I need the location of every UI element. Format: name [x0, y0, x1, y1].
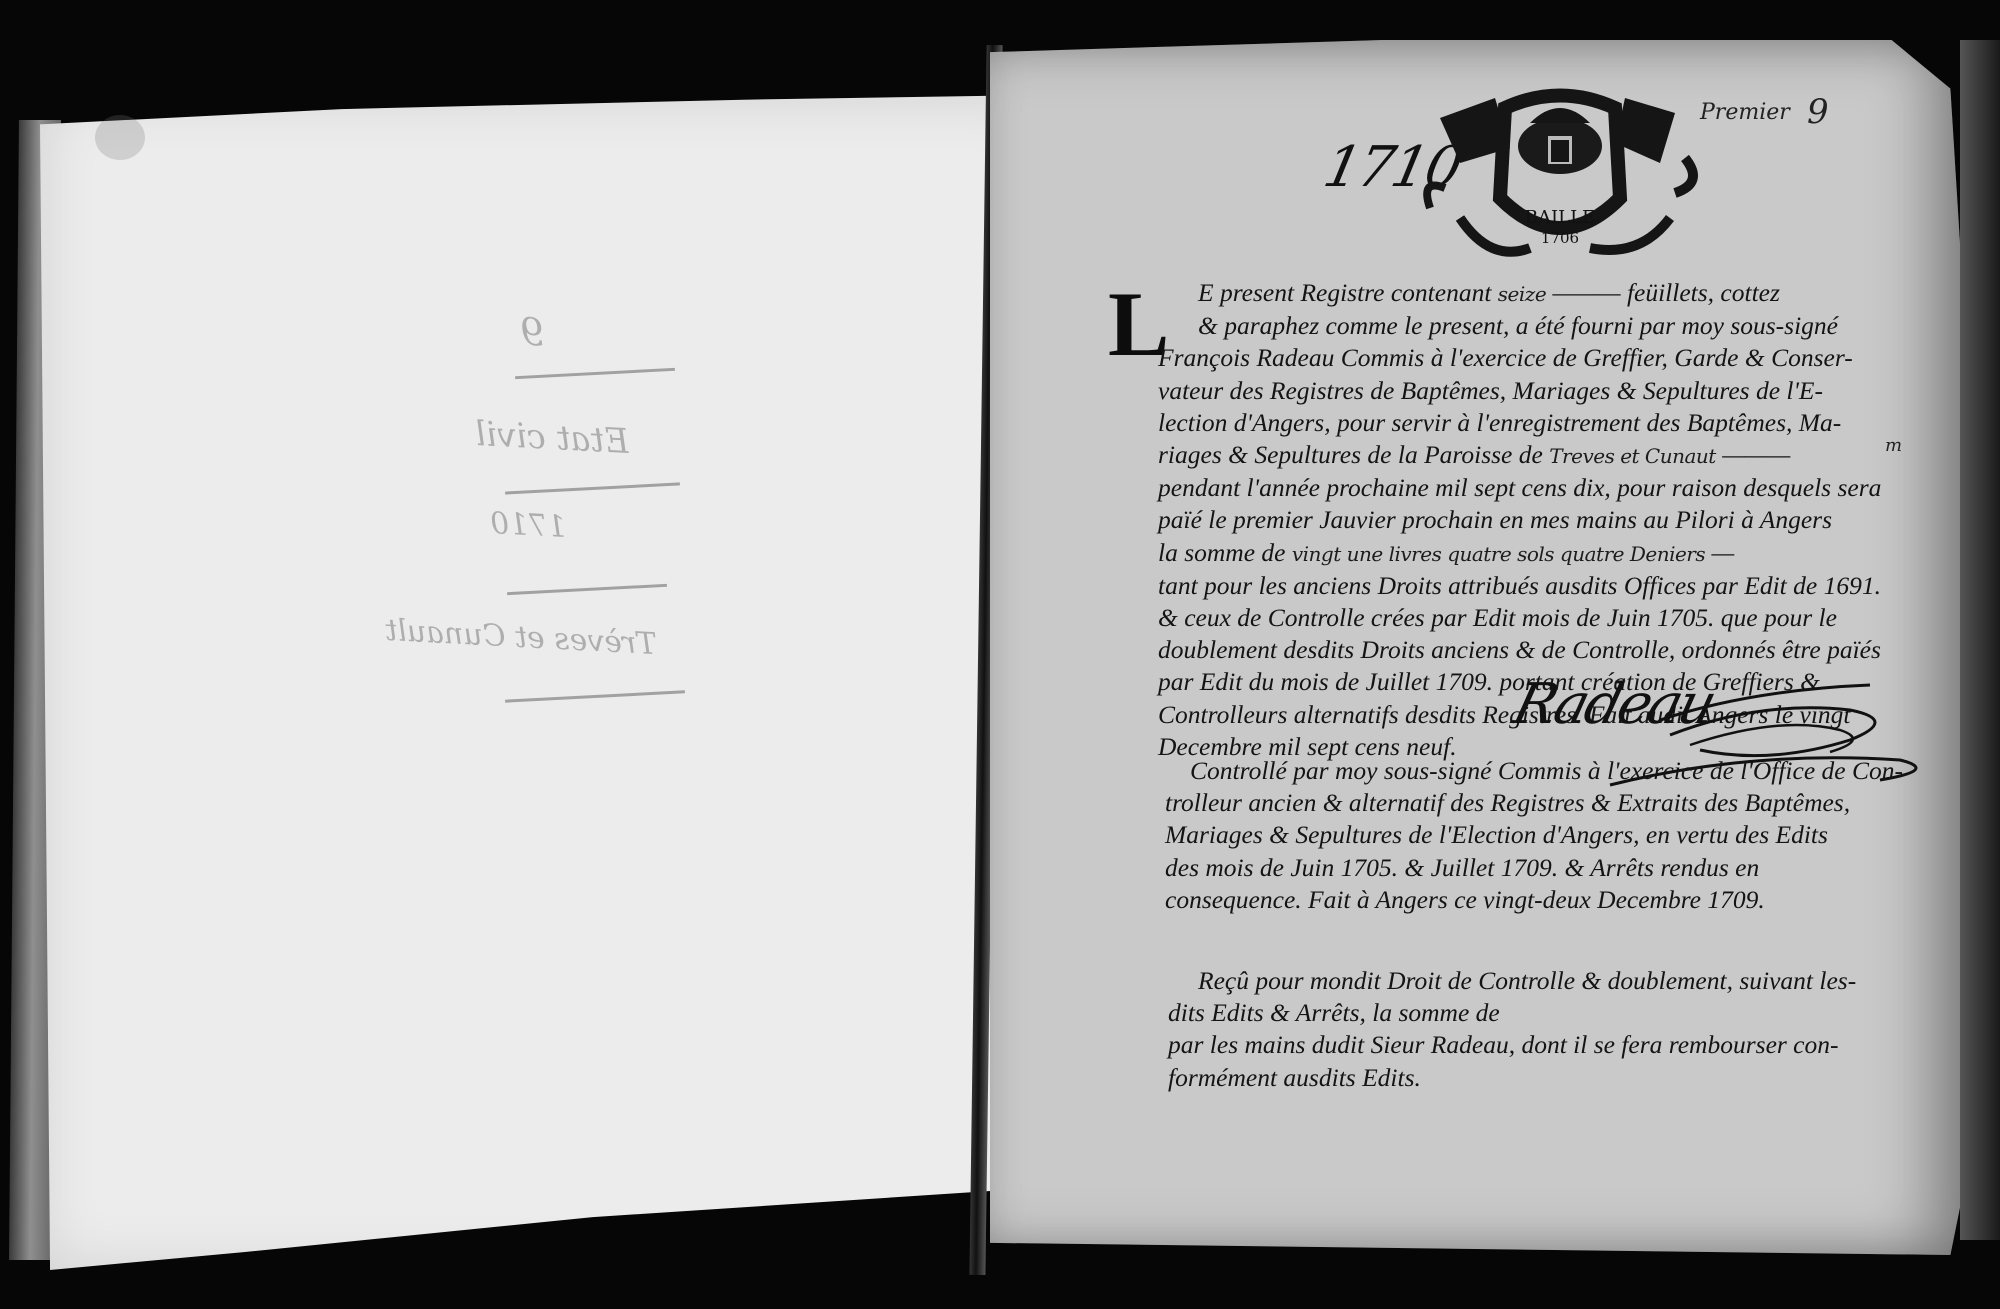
- book-cover-edge-right: [1960, 40, 2000, 1240]
- declaration-line: la somme de vingt une livres quatre sols…: [1158, 537, 1858, 570]
- bleed-text: 9: [519, 309, 545, 354]
- svg-text:BAILLE: BAILLE: [1525, 207, 1595, 228]
- receipt-paragraph: Reçû pour mondit Droit de Controlle & do…: [1168, 965, 1868, 1094]
- declaration-line: E present Registre contenant seize ——— f…: [1158, 277, 1858, 310]
- control-paragraph: Controllé par moy sous-signé Commis à l'…: [1165, 755, 1865, 916]
- declaration-line: & paraphez comme le present, a été fourn…: [1158, 310, 1858, 342]
- declaration-line: vateur des Registres de Baptêmes, Mariag…: [1158, 375, 1858, 407]
- paper-stain: [95, 115, 145, 160]
- declaration-line: tant pour les anciens Droits attribués a…: [1158, 570, 1858, 602]
- declaration-line: pendant l'année prochaine mil sept cens …: [1158, 472, 1858, 504]
- declaration-line: riages & Sepultures de la Paroisse de Tr…: [1158, 439, 1858, 472]
- margin-note-premier: Premier: [1700, 100, 1790, 125]
- bleed-text: 1710: [489, 506, 567, 545]
- margin-mark: m: [1885, 435, 1902, 456]
- folio-number: 9: [1807, 92, 1829, 132]
- bleed-text: Etat civil: [474, 414, 630, 462]
- control-line: Controllé par moy sous-signé Commis à l'…: [1165, 755, 1865, 787]
- receipt-line: par les mains dudit Sieur Radeau, dont i…: [1168, 1029, 1868, 1061]
- receipt-line: Reçû pour mondit Droit de Controlle & do…: [1168, 965, 1868, 997]
- control-line: des mois de Juin 1705. & Juillet 1709. &…: [1165, 852, 1865, 884]
- declaration-line: lection d'Angers, pour servir à l'enregi…: [1158, 407, 1858, 439]
- svg-text:1706: 1706: [1541, 229, 1579, 247]
- control-line: trolleur ancien & alternatif des Registr…: [1165, 787, 1865, 819]
- declaration-line: François Radeau Commis à l'exercice de G…: [1158, 342, 1858, 374]
- declaration-line: doublement desdits Droits anciens & de C…: [1158, 634, 1858, 666]
- control-line: consequence. Fait à Angers ce vingt-deux…: [1165, 884, 1865, 916]
- control-line: Mariages & Sepultures de l'Election d'An…: [1165, 819, 1865, 851]
- royal-seal-stamp-icon: BAILLE 1706: [1420, 88, 1700, 268]
- receipt-line: dits Edits & Arrêts, la somme de: [1168, 997, 1868, 1029]
- declaration-line: païé le premier Jauvier prochain en mes …: [1158, 504, 1858, 536]
- declaration-line: & ceux de Controlle crées par Edit mois …: [1158, 602, 1858, 634]
- left-page: [40, 95, 1045, 1270]
- receipt-line: formément ausdits Edits.: [1168, 1062, 1868, 1094]
